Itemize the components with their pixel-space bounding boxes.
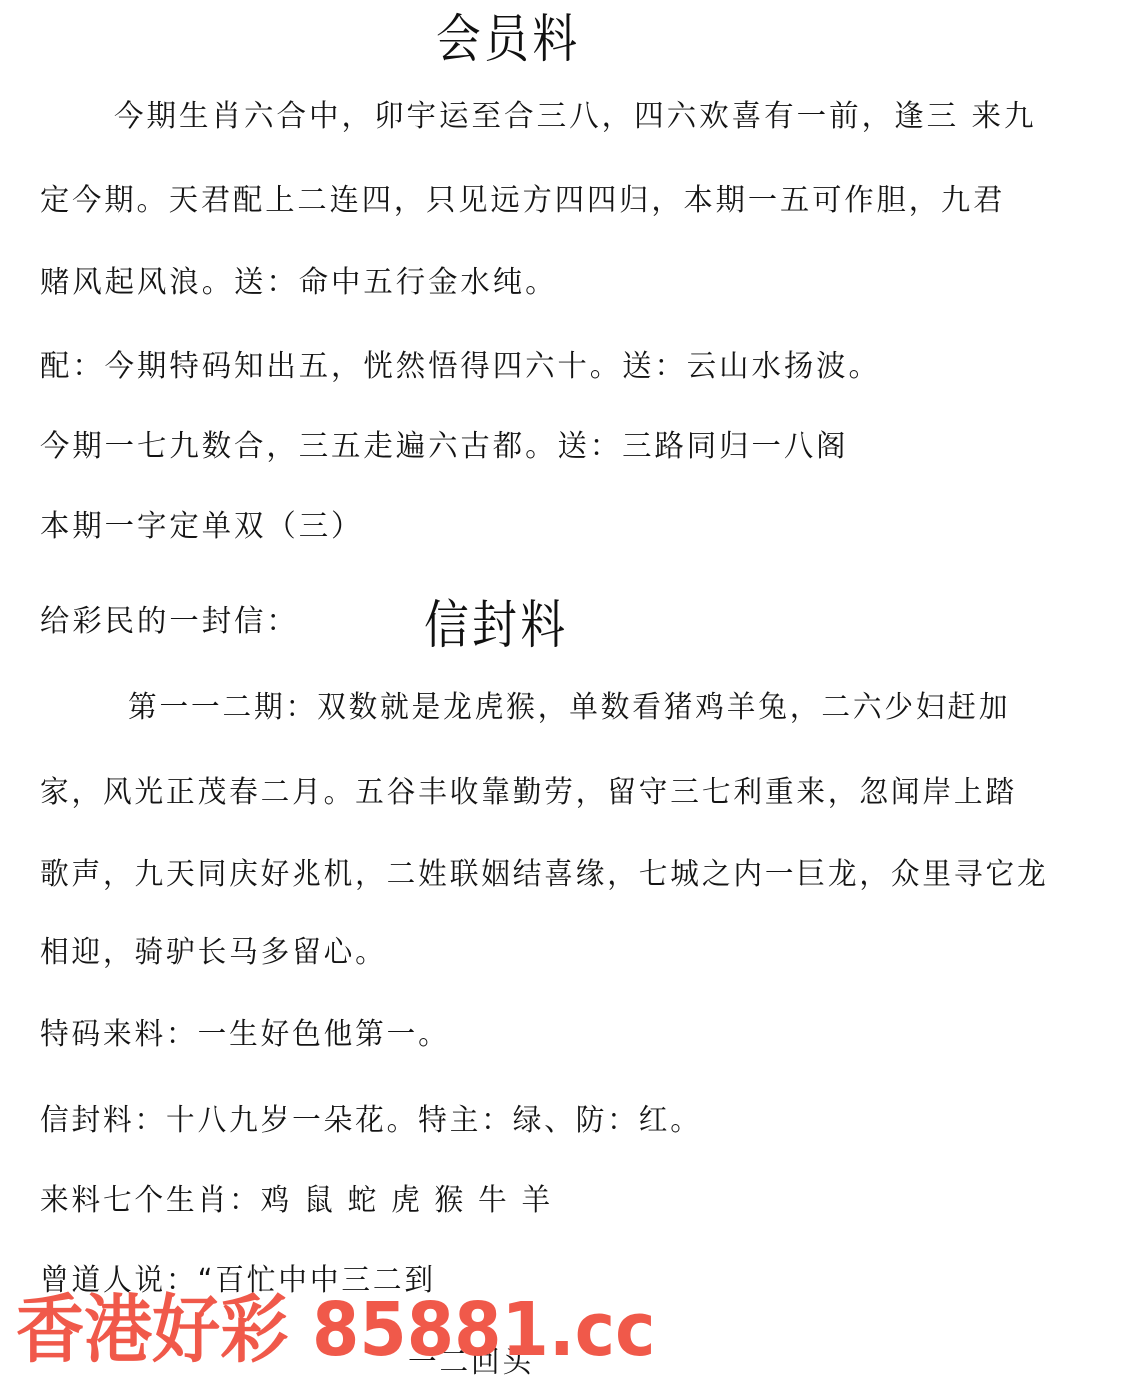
member-material-title: 会员料	[436, 14, 580, 66]
text-line: 歌声，九天同庆好兆机，二姓联姻结喜缘，七城之内一巨龙，众里寻它龙	[40, 860, 1048, 890]
text-line: 来料七个生肖：鸡 鼠 蛇 虎 猴 牛 羊	[40, 1186, 553, 1216]
text-line: 赌风起风浪。送：命中五行金水纯。	[40, 268, 557, 298]
text-line: 配：今期特码知出五，恍然悟得四六十。送：云山水扬波。	[40, 352, 881, 382]
text-line: 信封料：十八九岁一朵花。特主：绿、防：红。	[40, 1106, 702, 1136]
text-line: 今期一七九数合，三五走遍六古都。送：三路同归一八阁	[40, 432, 849, 462]
text-line: 定今期。天君配上二连四，只见远方四四归，本期一五可作胆，九君	[40, 186, 1005, 216]
watermark: 香港好彩 85881.cc	[16, 1293, 655, 1367]
text-line: 家，风光正茂春二月。五谷丰收靠勤劳，留守三七利重来，忽闻岸上踏	[40, 778, 1017, 808]
text-line: 特码来料：一生好色他第一。	[40, 1020, 450, 1050]
envelope-material-title: 信封料	[424, 600, 568, 652]
text-line: 相迎，骑驴长马多留心。	[40, 938, 387, 968]
text-line: 今期生肖六合中，卯宇运至合三八，四六欢喜有一前，逢三 来九	[114, 102, 1036, 132]
letter-intro: 给彩民的一封信：	[40, 607, 299, 637]
text-line: 第一一二期：双数就是龙虎猴，单数看猪鸡羊兔，二六少妇赶加	[128, 693, 1010, 723]
text-line: 本期一字定单双（三）	[40, 512, 363, 542]
